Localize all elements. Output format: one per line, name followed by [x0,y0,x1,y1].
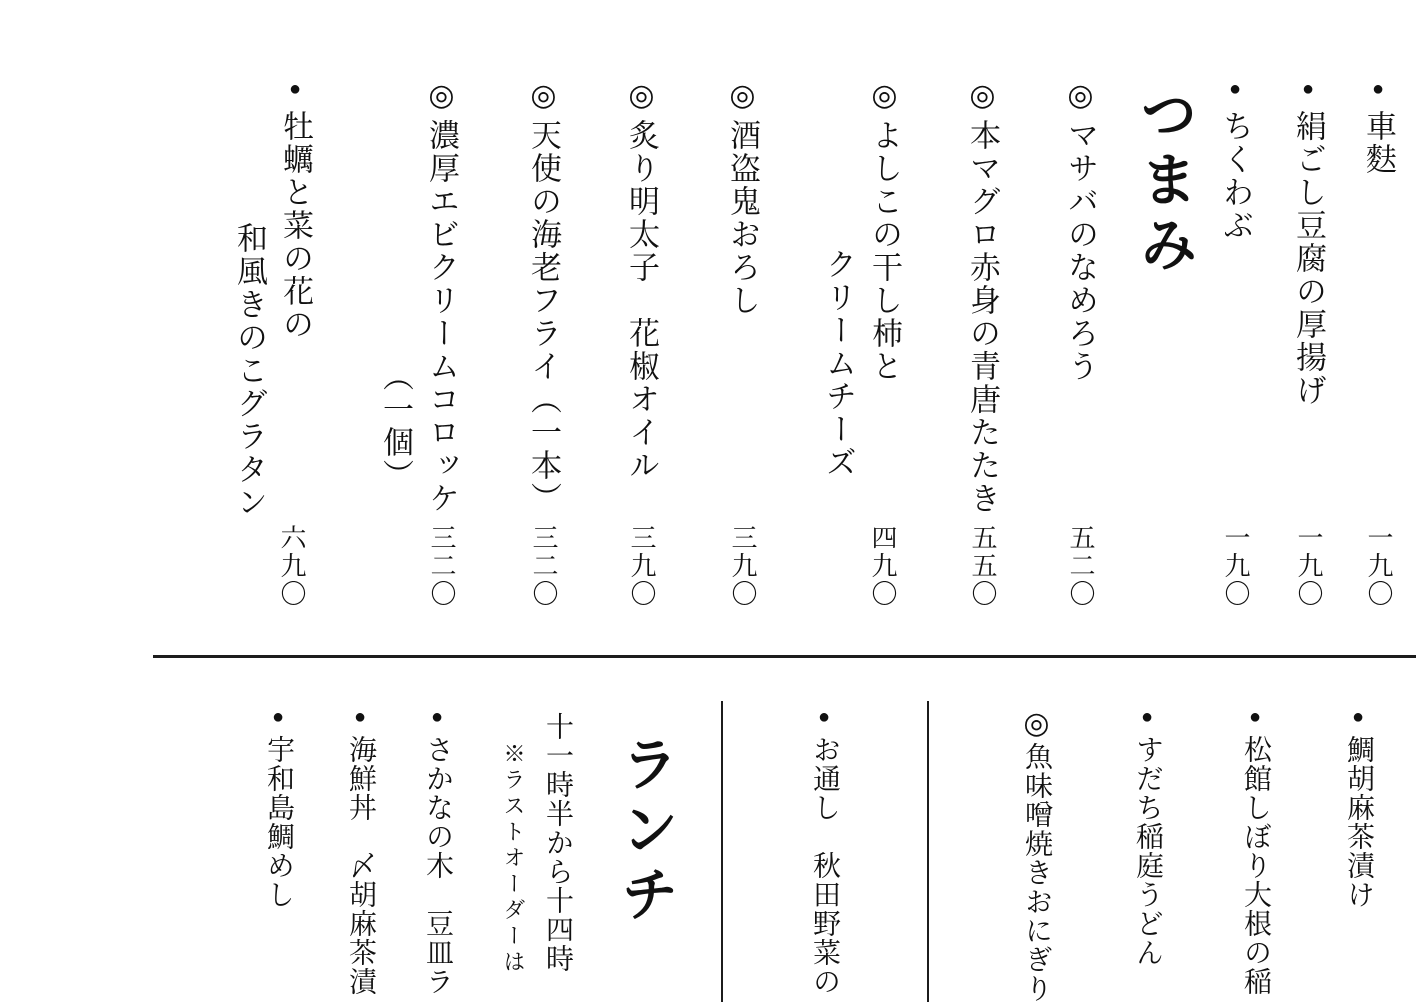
price: 一九〇 [1212,524,1258,608]
menu-item-name: 絹ごし豆腐の厚揚げ [1291,110,1326,407]
price: 三二〇 [418,524,464,608]
vertical-divider [721,701,723,1002]
menu-item-name: すだち稲庭うどん [1132,735,1163,967]
menu-item-name: 牡蠣と菜の花の [278,110,313,341]
dot-bullet-icon: ● [813,706,835,729]
menu-item-name: 海鮮丼 〆胡麻茶漬 [345,735,376,996]
menu-item: ●絹ごし豆腐の厚揚げ [1285,78,1331,407]
menu-item: ●すだち稲庭うどん [1125,706,1169,967]
menu-item-name: 松館しぼり大根の稲 [1240,735,1271,996]
menu-item: ◎よしこの干し柿と クリームチーズ [815,78,907,479]
menu-item-name-line2: クリームチーズ [821,248,856,479]
menu-item-name: 天使の海老フライ（一本） [526,119,561,515]
menu-item-name: 鯛胡麻茶漬け [1343,735,1374,909]
lunch-hours: 十一時半から十四時 [535,712,579,973]
double-circle-bullet-icon: ◎ [625,78,658,115]
menu-item-name: 魚味噌焼きおにぎり [1021,742,1052,1002]
price: 四九〇 [859,524,905,608]
dot-bullet-icon: ● [267,706,289,729]
double-circle-bullet-icon: ◎ [425,78,458,115]
menu-item-name: ちくわぶ [1218,110,1253,242]
dot-bullet-icon: ● [284,78,306,102]
menu-item-name: 車麩 [1361,110,1396,176]
dot-bullet-icon: ● [1244,706,1266,729]
menu-item: ●松館しぼり大根の稲 [1233,706,1277,996]
menu-page: { "page": { "background": "#ffffff", "te… [0,0,1416,1002]
menu-item: ◎酒盗鬼おろし [719,78,765,317]
menu-item-name: お通し 秋田野菜の [809,735,840,996]
price: 一九〇 [1355,524,1401,608]
double-circle-bullet-icon: ◎ [527,78,560,115]
last-order-note: ※ラストオーダーは [496,742,530,976]
menu-item-name-line2: （一個） [378,360,413,492]
dot-bullet-icon: ● [349,706,371,729]
menu-item-name: よしこの干し柿と [867,119,902,383]
menu-item-name: 宇和島鯛めし [263,735,294,909]
dot-bullet-icon: ● [1347,706,1369,729]
price: 五二〇 [1057,524,1103,608]
menu-item-name: マサバのなめろう [1063,119,1098,383]
menu-item-name: 酒盗鬼おろし [725,119,760,317]
horizontal-divider [153,655,1416,658]
menu-item: ●牡蠣と菜の花の 和風きのこグラタン [226,78,318,519]
price: 五五〇 [959,524,1005,608]
menu-item: ◎本マグロ赤身の青唐たたき [959,78,1005,515]
menu-item-name: 本マグロ赤身の青唐たたき [965,119,1000,515]
double-circle-bullet-icon: ◎ [868,78,901,115]
dot-bullet-icon: ● [1224,78,1246,102]
menu-item: ●海鮮丼 〆胡麻茶漬 [338,706,382,996]
menu-item: ●鯛胡麻茶漬け [1336,706,1380,909]
double-circle-bullet-icon: ◎ [1064,78,1097,115]
vertical-divider [927,701,929,1002]
menu-item: ●さかなの木 豆皿ラ [415,706,459,996]
menu-item: ●宇和島鯛めし [256,706,300,909]
price: 三九〇 [618,524,664,608]
menu-item-name: さかなの木 豆皿ラ [422,735,453,996]
dot-bullet-icon: ● [1367,78,1389,102]
double-circle-bullet-icon: ◎ [1020,706,1053,742]
menu-item: ●車麩 [1355,78,1401,176]
menu-item: ◎マサバのなめろう [1057,78,1103,383]
dot-bullet-icon: ● [1297,78,1319,102]
menu-item-name-line2: 和風きのこグラタン [232,222,267,519]
double-circle-bullet-icon: ◎ [966,78,999,115]
menu-item: ●お通し 秋田野菜の [802,706,846,996]
menu-item-name: 濃厚エビクリームコロッケ [424,119,459,515]
dot-bullet-icon: ● [426,706,448,729]
menu-item-name: 炙り明太子 花椒オイル [624,119,659,482]
menu-item: ●ちくわぶ [1212,78,1258,242]
price: 三二〇 [520,524,566,608]
lunch-section-title: ランチ [609,734,679,929]
dot-bullet-icon: ● [1136,706,1158,729]
menu-item: ◎魚味噌焼きおにぎり [1014,706,1058,1002]
price: 一九〇 [1285,524,1331,608]
menu-item: ◎濃厚エビクリームコロッケ （一個） [372,78,464,515]
menu-item: ◎炙り明太子 花椒オイル [618,78,664,482]
price: 六九〇 [268,524,314,608]
tsumami-section-title: つまみ [1128,84,1198,279]
menu-item: ◎天使の海老フライ（一本） [520,78,566,515]
double-circle-bullet-icon: ◎ [726,78,759,115]
price: 三九〇 [719,524,765,608]
